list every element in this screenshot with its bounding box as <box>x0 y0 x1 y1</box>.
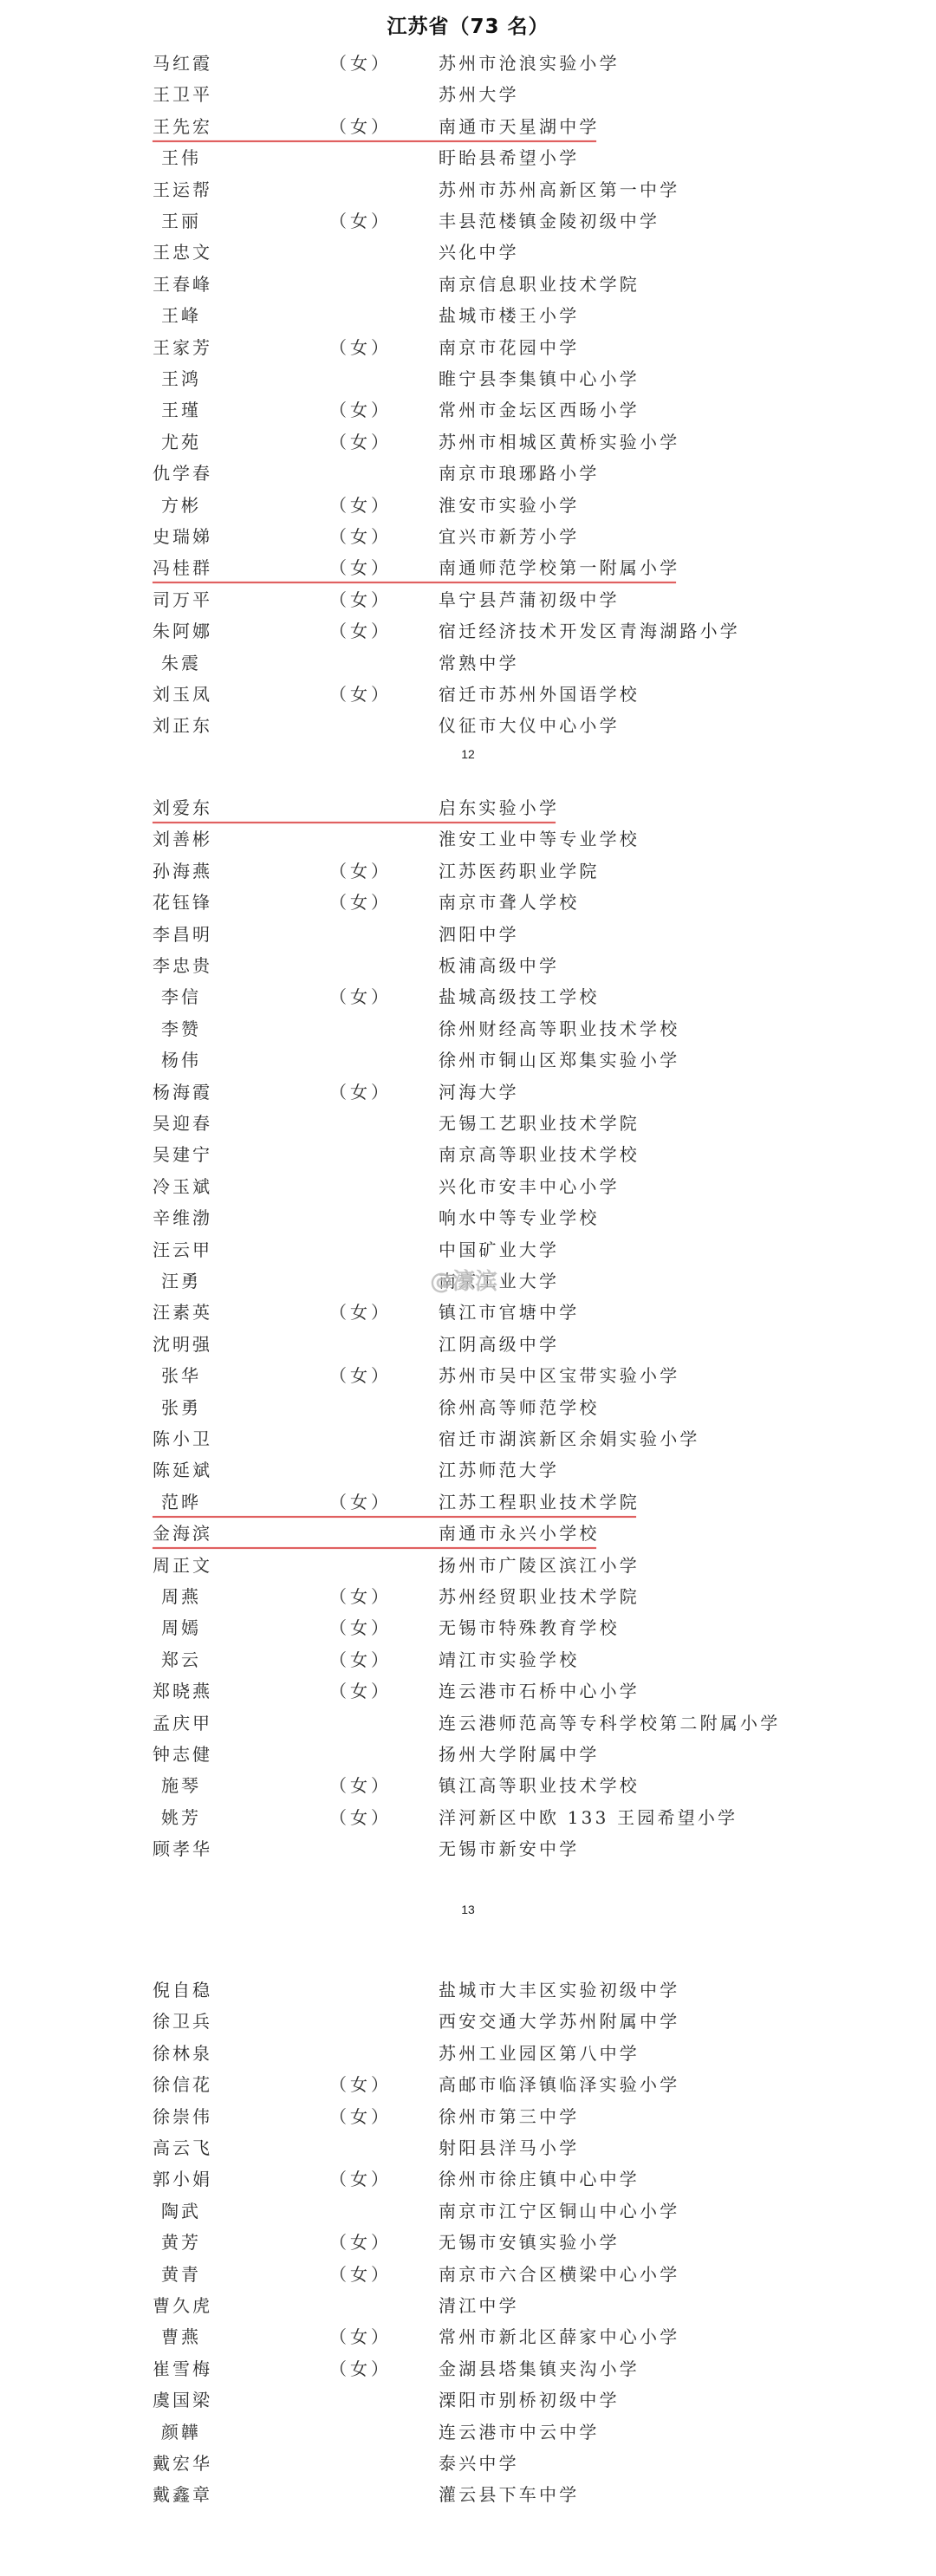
person-name: 孟庆甲 <box>153 1708 212 1739</box>
list-item: 陈延斌江苏师范大学 <box>0 1454 936 1486</box>
person-name: 徐林泉 <box>153 2038 212 2069</box>
list-item: 花钰锋（女）南京市聋人学校 <box>0 887 936 918</box>
school-name: 南京市江宁区铜山中心小学 <box>439 2195 679 2227</box>
person-name: 黄芳 <box>161 2227 201 2258</box>
person-name: 冯桂群 <box>153 552 212 583</box>
person-name: 戴宏华 <box>153 2448 212 2479</box>
list-item: 金海滨南通市永兴小学校 <box>0 1518 936 1549</box>
school-name: 江阴高级中学 <box>439 1329 559 1360</box>
person-name: 郭小娟 <box>153 2163 212 2195</box>
gender-label: （女） <box>329 394 392 426</box>
school-name: 响水中等专业学校 <box>439 1202 600 1233</box>
list-item: 刘善彬淮安工业中等专业学校 <box>0 823 936 855</box>
list-item: 郭小娟（女）徐州市徐庄镇中心中学 <box>0 2163 936 2195</box>
gender-label: （女） <box>329 679 392 710</box>
list-item: 周燕（女）苏州经贸职业技术学院 <box>0 1581 936 1612</box>
person-name: 金海滨 <box>153 1518 212 1549</box>
school-name: 洋河新区中欧 133 王园希望小学 <box>439 1802 738 1833</box>
list-item: 曹燕（女）常州市新北区薛家中心小学 <box>0 2321 936 2352</box>
list-item: 冯桂群（女）南通师范学校第一附属小学 <box>0 552 936 583</box>
gender-label: （女） <box>329 1360 392 1391</box>
person-name: 汪云甲 <box>153 1234 212 1265</box>
watermark: @濠滨 <box>430 1264 497 1296</box>
school-name: 徐州市第三中学 <box>439 2101 579 2132</box>
school-name: 苏州大学 <box>439 79 519 110</box>
gender-label: （女） <box>329 1770 392 1801</box>
school-name: 丰县范楼镇金陵初级中学 <box>439 205 660 237</box>
list-item: 黄青（女）南京市六合区横梁中心小学 <box>0 2259 936 2290</box>
school-name: 连云港市中云中学 <box>439 2417 600 2448</box>
school-name: 盱眙县希望小学 <box>439 142 579 173</box>
school-name: 溧阳市别桥初级中学 <box>439 2384 620 2416</box>
list-item: 王瑾（女）常州市金坛区西旸小学 <box>0 394 936 426</box>
gender-label: （女） <box>329 2259 392 2290</box>
person-name: 曹久虎 <box>153 2290 212 2321</box>
person-name: 沈明强 <box>153 1329 212 1360</box>
list-item: 李昌明泗阳中学 <box>0 919 936 950</box>
school-name: 宿迁经济技术开发区青海湖路小学 <box>439 615 740 647</box>
school-name: 兴化市安丰中心小学 <box>439 1171 620 1202</box>
list-item: 虞国梁溧阳市别桥初级中学 <box>0 2384 936 2416</box>
list-item: 陶武南京市江宁区铜山中心小学 <box>0 2195 936 2227</box>
person-name: 陈小卫 <box>153 1423 212 1454</box>
school-name: 南京高等职业技术学校 <box>439 1139 640 1170</box>
gender-label: （女） <box>329 1802 392 1833</box>
person-name: 杨伟 <box>161 1044 201 1076</box>
list-item: 周嫣（女）无锡市特殊教育学校 <box>0 1612 936 1643</box>
list-item: 王卫平苏州大学 <box>0 79 936 110</box>
person-name: 张勇 <box>161 1392 201 1423</box>
list-item: 戴鑫章灌云县下车中学 <box>0 2479 936 2510</box>
school-name: 常熟中学 <box>439 647 519 679</box>
person-name: 王春峰 <box>153 269 212 300</box>
school-name: 扬州大学附属中学 <box>439 1739 600 1770</box>
person-name: 王鸿 <box>161 363 201 394</box>
person-name: 汪素英 <box>153 1297 212 1328</box>
person-name: 虞国梁 <box>153 2384 212 2416</box>
list-item: 钟志健扬州大学附属中学 <box>0 1739 936 1770</box>
list-item: 吴建宁南京高等职业技术学校 <box>0 1139 936 1170</box>
list-item: 李忠贵板浦高级中学 <box>0 950 936 981</box>
gender-label: （女） <box>329 426 392 458</box>
gender-label: （女） <box>329 111 392 142</box>
school-name: 扬州市广陵区滨江小学 <box>439 1550 640 1581</box>
person-name: 郑云 <box>161 1644 201 1675</box>
list-item: 王鸿睢宁县李集镇中心小学 <box>0 363 936 394</box>
person-name: 辛维渤 <box>153 1202 212 1233</box>
list-item: 徐卫兵西安交通大学苏州附属中学 <box>0 2006 936 2037</box>
person-name: 陶武 <box>161 2195 201 2227</box>
gender-label: （女） <box>329 1644 392 1675</box>
person-name: 刘善彬 <box>153 823 212 855</box>
school-name: 南京市聋人学校 <box>439 887 579 918</box>
person-name: 倪自稳 <box>153 1974 212 2006</box>
list-item: 王先宏（女）南通市天星湖中学 <box>0 111 936 142</box>
school-name: 连云港市石桥中心小学 <box>439 1675 640 1707</box>
school-name: 南通市永兴小学校 <box>439 1518 600 1549</box>
school-name: 无锡市安镇实验小学 <box>439 2227 620 2258</box>
school-name: 苏州经贸职业技术学院 <box>439 1581 640 1612</box>
person-name: 姚芳 <box>161 1802 201 1833</box>
gender-label: （女） <box>329 1612 392 1643</box>
school-name: 镇江高等职业技术学校 <box>439 1770 640 1801</box>
list-item: 徐信花（女）高邮市临泽镇临泽实验小学 <box>0 2069 936 2100</box>
list-item: 杨海霞（女）河海大学 <box>0 1077 936 1108</box>
person-name: 王伟 <box>161 142 201 173</box>
list-item: 辛维渤响水中等专业学校 <box>0 1202 936 1233</box>
person-name: 朱阿娜 <box>153 615 212 647</box>
list-item: 司万平（女）阜宁县芦蒲初级中学 <box>0 584 936 615</box>
person-name: 曹燕 <box>161 2321 201 2352</box>
person-name: 汪勇 <box>161 1265 201 1297</box>
list-item: 马红霞（女）苏州市沧浪实验小学 <box>0 48 936 79</box>
list-item: 孙海燕（女）江苏医药职业学院 <box>0 855 936 887</box>
list-item: 王伟盱眙县希望小学 <box>0 142 936 173</box>
school-name: 河海大学 <box>439 1077 519 1108</box>
list-item: 刘玉凤（女）宿迁市苏州外国语学校 <box>0 679 936 710</box>
school-name: 清江中学 <box>439 2290 519 2321</box>
school-name: 阜宁县芦蒲初级中学 <box>439 584 620 615</box>
list-item: 倪自稳盐城市大丰区实验初级中学 <box>0 1974 936 2006</box>
person-name: 李昌明 <box>153 919 212 950</box>
list-item: 周正文扬州市广陵区滨江小学 <box>0 1550 936 1581</box>
list-item: 吴迎春无锡工艺职业技术学院 <box>0 1108 936 1139</box>
person-name: 王先宏 <box>153 111 212 142</box>
school-name: 宿迁市苏州外国语学校 <box>439 679 640 710</box>
school-name: 无锡市新安中学 <box>439 1833 579 1864</box>
person-name: 徐卫兵 <box>153 2006 212 2037</box>
list-item: 汪云甲中国矿业大学 <box>0 1234 936 1265</box>
person-name: 范晔 <box>161 1486 201 1518</box>
person-name: 刘爱东 <box>153 792 212 823</box>
person-name: 张华 <box>161 1360 201 1391</box>
gender-label: （女） <box>329 490 392 521</box>
list-item: 沈明强江阴高级中学 <box>0 1329 936 1360</box>
list-item: 崔雪梅（女）金湖县塔集镇夹沟小学 <box>0 2353 936 2384</box>
list-item: 方彬（女）淮安市实验小学 <box>0 490 936 521</box>
school-name: 宜兴市新芳小学 <box>439 521 579 552</box>
list-item: 王春峰南京信息职业技术学院 <box>0 269 936 300</box>
gender-label: （女） <box>329 2227 392 2258</box>
person-name: 刘正东 <box>153 710 212 741</box>
list-item: 高云飞射阳县洋马小学 <box>0 2132 936 2163</box>
school-name: 南京市花园中学 <box>439 332 579 363</box>
gender-label: （女） <box>329 981 392 1012</box>
gender-label: （女） <box>329 48 392 79</box>
school-name: 徐州市铜山区郑集实验小学 <box>439 1044 679 1076</box>
person-name: 王峰 <box>161 300 201 331</box>
person-name: 孙海燕 <box>153 855 212 887</box>
person-name: 刘玉凤 <box>153 679 212 710</box>
school-name: 苏州市吴中区宝带实验小学 <box>439 1360 679 1391</box>
gender-label: （女） <box>329 887 392 918</box>
person-name: 崔雪梅 <box>153 2353 212 2384</box>
school-name: 江苏师范大学 <box>439 1454 559 1486</box>
school-name: 南通师范学校第一附属小学 <box>439 552 679 583</box>
school-name: 镇江市官塘中学 <box>439 1297 579 1328</box>
school-name: 苏州工业园区第八中学 <box>439 2038 640 2069</box>
list-item: 颜韡连云港市中云中学 <box>0 2417 936 2448</box>
list-item: 汪素英（女）镇江市官塘中学 <box>0 1297 936 1328</box>
person-name: 颜韡 <box>161 2417 201 2448</box>
person-name: 杨海霞 <box>153 1077 212 1108</box>
school-name: 淮安市实验小学 <box>439 490 579 521</box>
school-name: 南京市琅琊路小学 <box>439 458 600 489</box>
list-item: 张勇徐州高等师范学校 <box>0 1392 936 1423</box>
person-name: 王瑾 <box>161 394 201 426</box>
person-name: 戴鑫章 <box>153 2479 212 2510</box>
person-name: 王卫平 <box>153 79 212 110</box>
list-item: 李信（女）盐城高级技工学校 <box>0 981 936 1012</box>
school-name: 连云港师范高等专科学校第二附属小学 <box>439 1708 780 1739</box>
person-name: 周正文 <box>153 1550 212 1581</box>
school-name: 靖江市实验学校 <box>439 1644 579 1675</box>
gender-label: （女） <box>329 332 392 363</box>
list-item: 王运帮苏州市苏州高新区第一中学 <box>0 174 936 205</box>
person-name: 顾孝华 <box>153 1833 212 1864</box>
person-name: 高云飞 <box>153 2132 212 2163</box>
person-name: 李赞 <box>161 1013 201 1044</box>
list-item: 史瑞娣（女）宜兴市新芳小学 <box>0 521 936 552</box>
gender-label: （女） <box>329 2163 392 2195</box>
list-item: 孟庆甲连云港师范高等专科学校第二附属小学 <box>0 1708 936 1739</box>
list-item: 黄芳（女）无锡市安镇实验小学 <box>0 2227 936 2258</box>
gender-label: （女） <box>329 205 392 237</box>
school-name: 苏州市苏州高新区第一中学 <box>439 174 679 205</box>
list-item: 王忠文兴化中学 <box>0 237 936 268</box>
gender-label: （女） <box>329 1297 392 1328</box>
person-name: 施琴 <box>161 1770 201 1801</box>
gender-label: （女） <box>329 1675 392 1707</box>
school-name: 泗阳中学 <box>439 919 519 950</box>
document-title: 江苏省（73 名） <box>0 10 936 39</box>
list-item: 范晔（女）江苏工程职业技术学院 <box>0 1486 936 1518</box>
list-item: 郑晓燕（女）连云港市石桥中心小学 <box>0 1675 936 1707</box>
list-item: 冷玉斌兴化市安丰中心小学 <box>0 1171 936 1202</box>
school-name: 板浦高级中学 <box>439 950 559 981</box>
school-name: 盐城高级技工学校 <box>439 981 600 1012</box>
school-name: 无锡工艺职业技术学院 <box>439 1108 640 1139</box>
gender-label: （女） <box>329 2353 392 2384</box>
person-name: 周燕 <box>161 1581 201 1612</box>
person-name: 周嫣 <box>161 1612 201 1643</box>
school-name: 射阳县洋马小学 <box>439 2132 579 2163</box>
list-item: 李赞徐州财经高等职业技术学校 <box>0 1013 936 1044</box>
list-item: 陈小卫宿迁市湖滨新区余娟实验小学 <box>0 1423 936 1454</box>
person-name: 黄青 <box>161 2259 201 2290</box>
gender-label: （女） <box>329 2321 392 2352</box>
person-name: 钟志健 <box>153 1739 212 1770</box>
gender-label: （女） <box>329 2101 392 2132</box>
person-name: 花钰锋 <box>153 887 212 918</box>
person-name: 尤苑 <box>161 426 201 458</box>
school-name: 金湖县塔集镇夹沟小学 <box>439 2353 640 2384</box>
school-name: 睢宁县李集镇中心小学 <box>439 363 640 394</box>
school-name: 西安交通大学苏州附属中学 <box>439 2006 679 2037</box>
list-item: 仇学春南京市琅琊路小学 <box>0 458 936 489</box>
school-name: 江苏医药职业学院 <box>439 855 600 887</box>
person-name: 方彬 <box>161 490 201 521</box>
school-name: 南通市天星湖中学 <box>439 111 600 142</box>
person-name: 李忠贵 <box>153 950 212 981</box>
school-name: 苏州市沧浪实验小学 <box>439 48 620 79</box>
list-item: 王峰盐城市楼王小学 <box>0 300 936 331</box>
person-name: 王运帮 <box>153 174 212 205</box>
person-name: 李信 <box>161 981 201 1012</box>
list-item: 张华（女）苏州市吴中区宝带实验小学 <box>0 1360 936 1391</box>
gender-label: （女） <box>329 615 392 647</box>
school-name: 常州市新北区薛家中心小学 <box>439 2321 679 2352</box>
person-name: 王丽 <box>161 205 201 237</box>
person-name: 史瑞娣 <box>153 521 212 552</box>
list-item: 顾孝华无锡市新安中学 <box>0 1833 936 1864</box>
list-item: 徐崇伟（女）徐州市第三中学 <box>0 2101 936 2132</box>
list-item: 王丽（女）丰县范楼镇金陵初级中学 <box>0 205 936 237</box>
list-item: 徐林泉苏州工业园区第八中学 <box>0 2038 936 2069</box>
school-name: 高邮市临泽镇临泽实验小学 <box>439 2069 679 2100</box>
list-item: 曹久虎清江中学 <box>0 2290 936 2321</box>
school-name: 盐城市大丰区实验初级中学 <box>439 1974 679 2006</box>
person-name: 司万平 <box>153 584 212 615</box>
person-name: 仇学春 <box>153 458 212 489</box>
school-name: 徐州高等师范学校 <box>439 1392 600 1423</box>
school-name: 南京市六合区横梁中心小学 <box>439 2259 679 2290</box>
list-item: 刘正东仪征市大仪中心小学 <box>0 710 936 741</box>
gender-label: （女） <box>329 1077 392 1108</box>
person-name: 徐崇伟 <box>153 2101 212 2132</box>
school-name: 中国矿业大学 <box>439 1234 559 1265</box>
school-name: 徐州市徐庄镇中心中学 <box>439 2163 640 2195</box>
school-name: 仪征市大仪中心小学 <box>439 710 620 741</box>
list-item: 郑云（女）靖江市实验学校 <box>0 1644 936 1675</box>
person-name: 王忠文 <box>153 237 212 268</box>
list-item: 杨伟徐州市铜山区郑集实验小学 <box>0 1044 936 1076</box>
school-name: 宿迁市湖滨新区余娟实验小学 <box>439 1423 700 1454</box>
list-item: 朱震常熟中学 <box>0 647 936 679</box>
gender-label: （女） <box>329 855 392 887</box>
school-name: 兴化中学 <box>439 237 519 268</box>
person-name: 冷玉斌 <box>153 1171 212 1202</box>
school-name: 淮安工业中等专业学校 <box>439 823 640 855</box>
page-number-12: 12 <box>0 747 936 761</box>
school-name: 常州市金坛区西旸小学 <box>439 394 640 426</box>
gender-label: （女） <box>329 552 392 583</box>
gender-label: （女） <box>329 2069 392 2100</box>
gender-label: （女） <box>329 1581 392 1612</box>
list-item: 尤苑（女）苏州市相城区黄桥实验小学 <box>0 426 936 458</box>
person-name: 马红霞 <box>153 48 212 79</box>
page-number-13: 13 <box>0 1903 936 1916</box>
school-name: 无锡市特殊教育学校 <box>439 1612 620 1643</box>
school-name: 南京信息职业技术学院 <box>439 269 640 300</box>
school-name: 徐州财经高等职业技术学校 <box>439 1013 679 1044</box>
school-name: 泰兴中学 <box>439 2448 519 2479</box>
person-name: 陈延斌 <box>153 1454 212 1486</box>
gender-label: （女） <box>329 584 392 615</box>
list-item: 朱阿娜（女）宿迁经济技术开发区青海湖路小学 <box>0 615 936 647</box>
list-item: 姚芳（女）洋河新区中欧 133 王园希望小学 <box>0 1802 936 1833</box>
school-name: 灌云县下车中学 <box>439 2479 579 2510</box>
school-name: 江苏工程职业技术学院 <box>439 1486 640 1518</box>
person-name: 郑晓燕 <box>153 1675 212 1707</box>
person-name: 吴迎春 <box>153 1108 212 1139</box>
school-name: 盐城市楼王小学 <box>439 300 579 331</box>
school-name: 启东实验小学 <box>439 792 559 823</box>
person-name: 徐信花 <box>153 2069 212 2100</box>
person-name: 朱震 <box>161 647 201 679</box>
gender-label: （女） <box>329 1486 392 1518</box>
list-item: 施琴（女）镇江高等职业技术学校 <box>0 1770 936 1801</box>
person-name: 吴建宁 <box>153 1139 212 1170</box>
list-item: 王家芳（女）南京市花园中学 <box>0 332 936 363</box>
list-item: 戴宏华泰兴中学 <box>0 2448 936 2479</box>
gender-label: （女） <box>329 521 392 552</box>
list-item: 刘爱东启东实验小学 <box>0 792 936 823</box>
person-name: 王家芳 <box>153 332 212 363</box>
school-name: 苏州市相城区黄桥实验小学 <box>439 426 679 458</box>
